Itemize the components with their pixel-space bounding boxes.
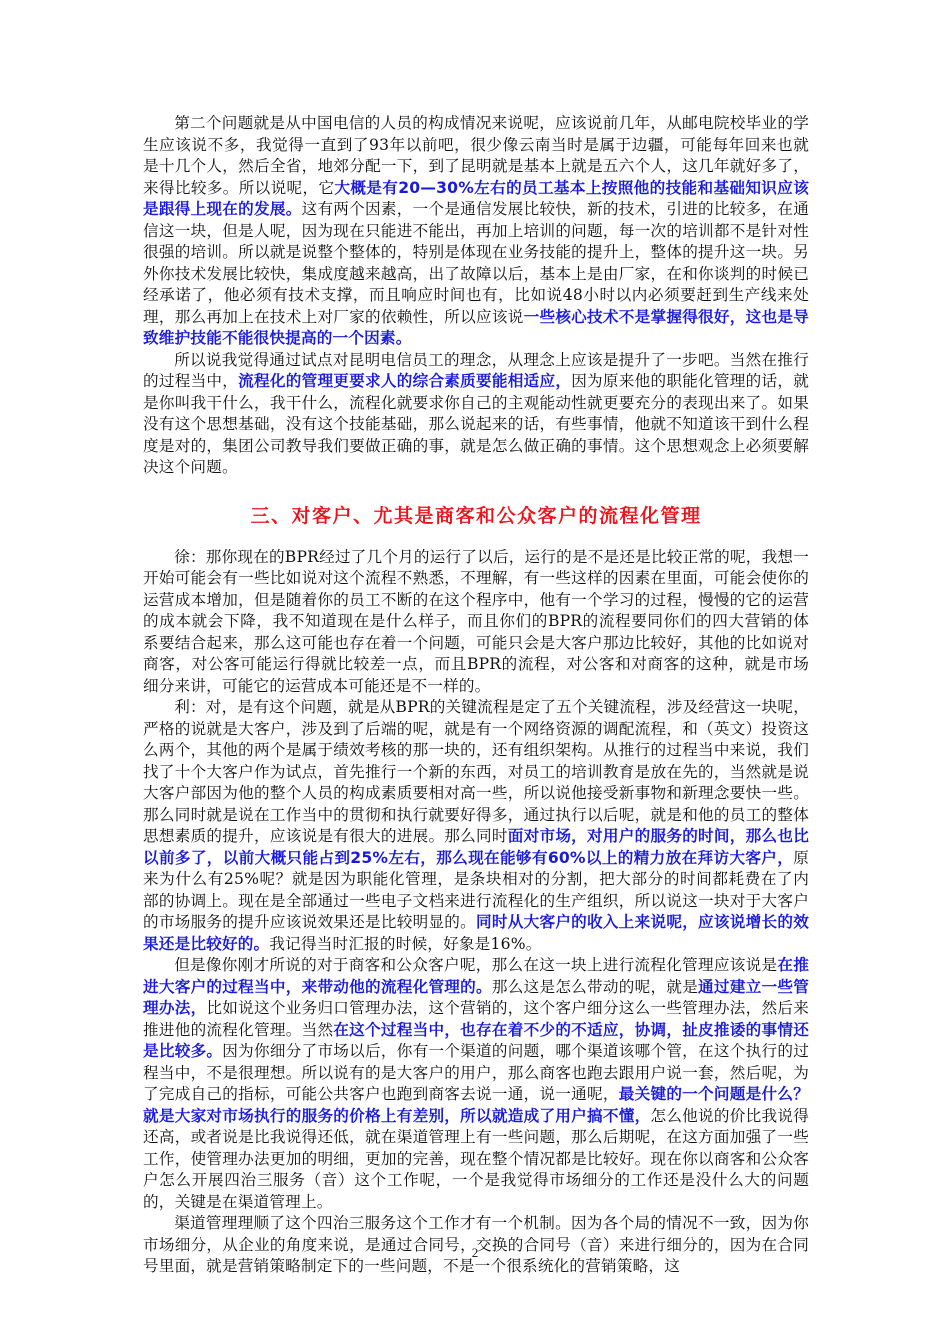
text-segment: 那么这是怎么带动的呢，就是 — [492, 978, 698, 996]
paragraph-staff-composition: 第二个问题就是从中国电信的人员的构成情况来说呢，应该说前几年，从邮电院校毕业的学… — [143, 113, 809, 350]
page-number: 2 — [0, 1245, 950, 1261]
paragraph-merchant-public-customers: 但是像你刚才所说的对于商客和公众客户呢，那么在这一块上进行流程化管理应该说是在推… — [143, 955, 809, 1213]
paragraph-answer-li: 利：对，是有这个问题，就是从BPR的关键流程是定了五个关键流程，涉及经营这一块呢… — [143, 697, 809, 955]
text-segment: 徐：那你现在的BPR经过了几个月的运行了以后，运行的是不是还是比较正常的呢，我想… — [143, 548, 809, 695]
text-segment: 利：对，是有这个问题，就是从BPR的关键流程是定了五个关键流程，涉及经营这一块呢… — [143, 698, 809, 845]
paragraph-question-xu: 徐：那你现在的BPR经过了几个月的运行了以后，运行的是不是还是比较正常的呢，我想… — [143, 547, 809, 698]
document-page: 第二个问题就是从中国电信的人员的构成情况来说呢，应该说前几年，从邮电院校毕业的学… — [143, 113, 809, 1278]
text-segment: 但是像你刚才所说的对于商客和公众客户呢，那么在这一块上进行流程化管理应该说是 — [174, 956, 777, 974]
paragraph-pilot-concept: 所以说我觉得通过试点对昆明电信员工的理念，从理念上应该是提升了一步吧。当然在推行… — [143, 350, 809, 479]
section-heading: 三、对客户、尤其是商客和公众客户的流程化管理 — [143, 501, 809, 528]
text-segment: 我记得当时汇报的时候，好象是16%。 — [269, 935, 541, 953]
highlighted-text: 流程化的管理更要求人的综合素质要能相适应， — [238, 372, 571, 390]
